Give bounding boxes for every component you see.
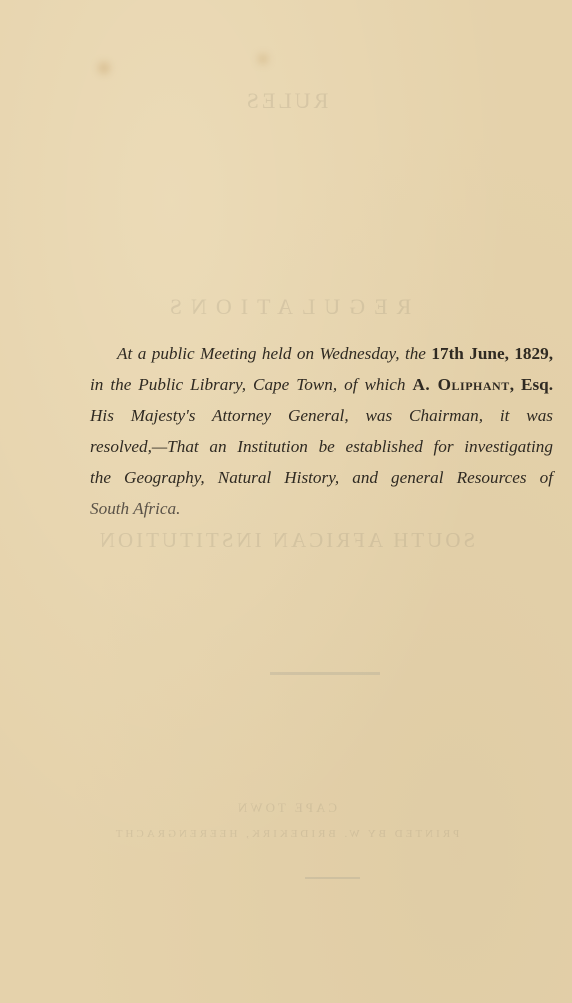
bleed-through-cape-town: CAPE TOWN: [0, 800, 572, 816]
text-line-4: resolved,—That an Institution be establi…: [90, 431, 553, 462]
date-text: 17th June, 1829,: [431, 344, 553, 363]
chairman-name: A. Oliphant: [412, 375, 509, 394]
bleed-through-regulations: REGULATIONS: [0, 294, 572, 320]
bleed-through-printer: PRINTED BY W. BRIDEKIRK, HEERENGRACHT: [0, 828, 572, 840]
text-run: in the Public Library, Cape Town, of whi…: [90, 375, 412, 394]
paper-stain: [258, 54, 268, 64]
text-run: His Majesty's Attorney General, was Chai…: [90, 406, 553, 425]
text-line-5: the Geography, Natural History, and gene…: [90, 462, 553, 493]
resolution-paragraph: At a public Meeting held on Wednesday, t…: [90, 338, 553, 524]
text-run: the Geography, Natural History, and gene…: [90, 468, 553, 487]
text-line-3: His Majesty's Attorney General, was Chai…: [90, 400, 553, 431]
text-line-1: At a public Meeting held on Wednesday, t…: [90, 338, 553, 369]
document-page: RULES REGULATIONS SOUTH AFRICAN INSTITUT…: [0, 0, 572, 1003]
text-run: South Africa.: [90, 499, 180, 518]
text-line-6: South Africa.: [90, 493, 553, 524]
paper-stain: [98, 62, 110, 74]
text-line-2: in the Public Library, Cape Town, of whi…: [90, 369, 553, 400]
text-run: , Esq.: [510, 375, 553, 394]
bleed-through-rules: RULES: [0, 88, 572, 114]
bleed-through-rule-small: [305, 877, 360, 879]
bleed-through-institution: SOUTH AFRICAN INSTITUTION: [0, 528, 572, 553]
bleed-through-rule: [270, 672, 380, 675]
text-run: At a public Meeting held on Wednesday, t…: [117, 344, 431, 363]
text-run: resolved,—That an Institution be establi…: [90, 437, 553, 456]
